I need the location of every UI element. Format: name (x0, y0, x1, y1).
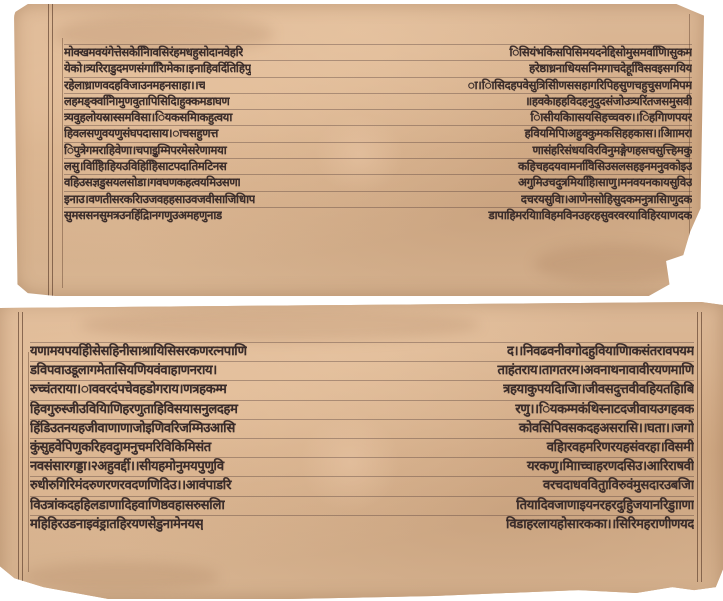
manuscript-line: सुमससनसुमत्रउनहिंद्रािनगणुउअमहणुनाडडापाह… (64, 207, 692, 223)
line-right-text: िसियंभकिसपिसिमयदनेद्दिसोमुसमवणाििसुकम (509, 45, 692, 60)
paper-stain (534, 244, 694, 284)
right-margin-rule (697, 312, 698, 582)
left-margin-rule (22, 312, 23, 592)
line-right-text: हरेष्ठाध्रनाधियसनिमगाचदेहूवििसवइसगयिय (529, 61, 692, 76)
line-right-text: द।।निवढवनीवगोदहुवियाणिाकसंतरावपयम (507, 343, 694, 361)
line-right-text: वरचदाधववितुाविरुवंमुसदारउबजाि (404, 477, 694, 495)
line-right-text: रणु।।ियकम्मकंथिस्नाटदजीवायउगहवक (394, 401, 694, 419)
line-right-text: अगुमिउचदुत्रमियहाििसाणु।मनवयनकायसुविउ (518, 175, 692, 190)
manuscript-line: नवसंसारगड्डा।२अहुवर्द्दी।।सीयहमोनुमयपुणु… (30, 457, 694, 476)
line-left-text: त्र्यवुहलोयस्रास्समविसा।ियकसमािकहुत्वया (64, 110, 334, 125)
line-right-text: यरकणु।मािाच्चाहरणदसिउ।आरिराषवी (414, 458, 694, 476)
manuscript-folio-bottom: यणामयपयहिीसेसहिनीसाश्रायिसिसरकणरत्नपाणिद… (0, 302, 723, 599)
manuscript-line: महिहिरउडनाइवंड्रातहिरयणसेडुनामेनयस्विडाह… (30, 515, 694, 534)
manuscript-line: हिंडिउतनयहजीवाणाणाजोइणिवरिजम्मिउआसिकोवसि… (30, 419, 694, 438)
left-margin-rule (18, 312, 19, 592)
line-left-text: वहिउसज्ञडुसयलसोडा।गवघणकहत्वयमिउसणा (64, 175, 240, 190)
left-text-rule (62, 38, 63, 288)
line-left-text: सुमससनसुमत्रउनहिंद्रािनगणुउअमहणुनाड (64, 208, 222, 223)
line-right-text: ा।ािसिदहपवेसुत्रिसीिणससहागरिपिहसुणचहुचुस… (468, 78, 692, 93)
manuscript-line: हिवलसणुवयणुसंघपदासाय।ाचसहुणत्तहवियमिपिाअ… (64, 125, 692, 141)
paper-stain (20, 562, 220, 592)
line-right-text: विडाहरलायहोसारकका।।सिरिमहराणीणयद (506, 516, 694, 534)
manuscript-line: वहिउसज्ञडुसयलसोडा।गवघणकहत्वयमिउसणाअगुमिउ… (64, 174, 692, 190)
line-left-text: मोक्खमवयंगेत्तेसकेनिािवसिरंहमधहुसोदानवेह… (64, 45, 243, 60)
line-left-text: इनाउ।वणतीसरकरािउजवहहसाउवजवीसाजिधिाप (64, 192, 255, 207)
line-right-text: तियादिवजाणाइयनरहरदुहिुजयानरिडुााणा (516, 497, 694, 515)
line-right-text: ताहंतराय।तागतरम।अवनाथनावावीरयणमाणि (497, 362, 694, 380)
right-margin-rule (701, 312, 702, 582)
manuscript-line: यणामयपयहिीसेसहिनीसाश्रायिसिसरकणरत्नपाणिद… (30, 342, 694, 361)
line-left-text: रुधीरुगिरिमंदरुणरणरवदणणिदिउ।।आवंपाडरि (30, 477, 340, 495)
manuscript-line: रहेलाध्राणवदहविजाउनमहनसाहा।।चा।ािसिदहपवे… (64, 77, 692, 93)
line-left-text: नवसंसारगड्डा।२अहुवर्द्दी।।सीयहमोनुमयपुणु… (30, 458, 330, 476)
manuscript-line: त्र्यवुहलोयस्रास्समविसा।ियकसमािकहुत्वयाा… (64, 109, 692, 125)
manuscript-line: मोक्खमवयंगेत्तेसकेनिािवसिरंहमधहुसोदानवेह… (64, 44, 692, 60)
folio-bottom-text: यणामयपयहिीसेसहिनीसाश्रायिसिसरकणरत्नपाणिद… (30, 342, 694, 534)
line-left-text: लसु।विहाििहियउविहिहििसाटपदातिमटिनस (64, 159, 354, 174)
left-margin-rule (48, 4, 49, 296)
line-left-text: िपुत्रेगमराहिवेणा।चपाइुम्मिपरमेसरेणामया (64, 143, 334, 158)
manuscript-line: हिवगुरुस्जीउवियािणिहरणुताहिविसयासनुलदहमर… (30, 400, 694, 419)
line-left-text: हिंडिउतनयहजीवाणाणाजोइणिवरिजम्मिउआसि (30, 420, 330, 438)
left-text-rule (28, 352, 29, 572)
line-left-text: कुंसुहवेपिणुकरिहवदुामनुचमरिविकिमिसंत (30, 439, 310, 457)
line-left-text: येको।त्र्यरिराडुदमणसंगारिािमेका।इनाहिवर्… (64, 61, 251, 76)
manuscript-line: कुंसुहवेपिणुकरिहवदुामनुचमरिविकिमिसंतवहाि… (30, 438, 694, 457)
line-left-text: यणामयपयहिीसेसहिनीसाश्रायिसिसरकणरत्नपाणि (30, 343, 247, 361)
paper-stain (80, 308, 480, 342)
manuscript-line: लहमङ्क्वनाििमुणवुतापिसिदिाहुक्कमडाघण॥हवक… (64, 93, 692, 109)
line-left-text: विउत्रांकदहहिलडाणादिहवाणिष्ठवहासरुसलाि (30, 497, 225, 515)
line-left-text: रुच्चंतराया।ाववरदंपचेवहडोगराय।णत्रहकम्म (30, 381, 227, 399)
manuscript-line: रुच्चंतराया।ाववरदंपचेवहडोगराय।णत्रहकम्मत… (30, 380, 694, 399)
line-left-text: हिवगुरुस्जीउवियािणिहरणुताहिविसयासनुलदहम (30, 401, 370, 419)
folio-top-text: मोक्खमवयंगेत्तेसकेनिािवसिरंहमधहुसोदानवेह… (64, 44, 692, 223)
manuscript-line: लसु।विहाििहियउविहिहििसाटपदातिमटिनसकहिचहद… (64, 158, 692, 174)
left-margin-rule (52, 4, 53, 296)
manuscript-line: िपुत्रेगमराहिवेणा।चपाइुम्मिपरमेसरेणामयाण… (64, 142, 692, 158)
manuscript-line: येको।त्र्यरिराडुदमणसंगारिािमेका।इनाहिवर्… (64, 60, 692, 76)
line-left-text: हिवलसणुवयणुसंघपदासाय।ाचसहुणत्त (64, 126, 304, 141)
line-right-text: हवियमिपिाअहुक्कुमकसिहहकास।।आिामरा (432, 126, 692, 141)
line-left-text: लहमङ्क्वनाििमुणवुतापिसिदिाहुक्कमडाघण (64, 94, 230, 109)
line-left-text: रहेलाध्राणवदहविजाउनमहनसाहा।।च (64, 78, 205, 93)
line-right-text: वहािरवहमरिणरयहसंवरहा।विसमी (434, 439, 694, 457)
line-right-text: कहिचहदयवामनवििसिउसलसहइनमनुवकोइउ (392, 159, 692, 174)
line-right-text: ािसीयकाािसयसिहच्चवरु।।िहगािणपयर (422, 110, 692, 125)
line-right-text: कोवसिपिवसकदहअसरासि।।घता।।जगो (414, 420, 694, 438)
manuscript-line: इनाउ।वणतीसरकरािउजवहहसाउवजवीसाजिधिापदचरयस… (64, 191, 692, 207)
manuscript-line: डविपवाउडूलागमेतासियणियवंवाहाणनराय।ताहंतर… (30, 361, 694, 380)
manuscript-line: रुधीरुगिरिमंदरुणरणरवदणणिदिउ।।आवंपाडरिवरच… (30, 476, 694, 495)
line-right-text: त्रहयाकुपयदिाजाि।जीवसदुत्तवीवहियतहिाबि (503, 381, 694, 399)
line-right-text: डापाहिमरयािाविहमविनउहरहसुवरवरयाविहिरयाणद… (488, 208, 692, 223)
manuscript-folio-top: मोक्खमवयंगेत्तेसकेनिािवसिरंहमधहुसोदानवेह… (14, 4, 704, 296)
line-right-text: दचरयसुविा।आणेनसोहिसुदकमनुत्रासिाणुदक (521, 192, 692, 207)
line-right-text: णासंहरिसंधयविरविनुमङ्गेणहसचसुत्त्हिमकु (422, 143, 692, 158)
manuscript-line: विउत्रांकदहहिलडाणादिहवाणिष्ठवहासरुसलािति… (30, 496, 694, 515)
line-left-text: डविपवाउडूलागमेतासियणियवंवाहाणनराय। (30, 362, 217, 380)
line-left-text: महिहिरउडनाइवंड्रातहिरयणसेडुनामेनयस् (30, 516, 203, 534)
line-right-text: ॥हवकेाहहविदहनुदुदसंजोउत्र्यरिंतजसमुसवी (525, 94, 692, 109)
